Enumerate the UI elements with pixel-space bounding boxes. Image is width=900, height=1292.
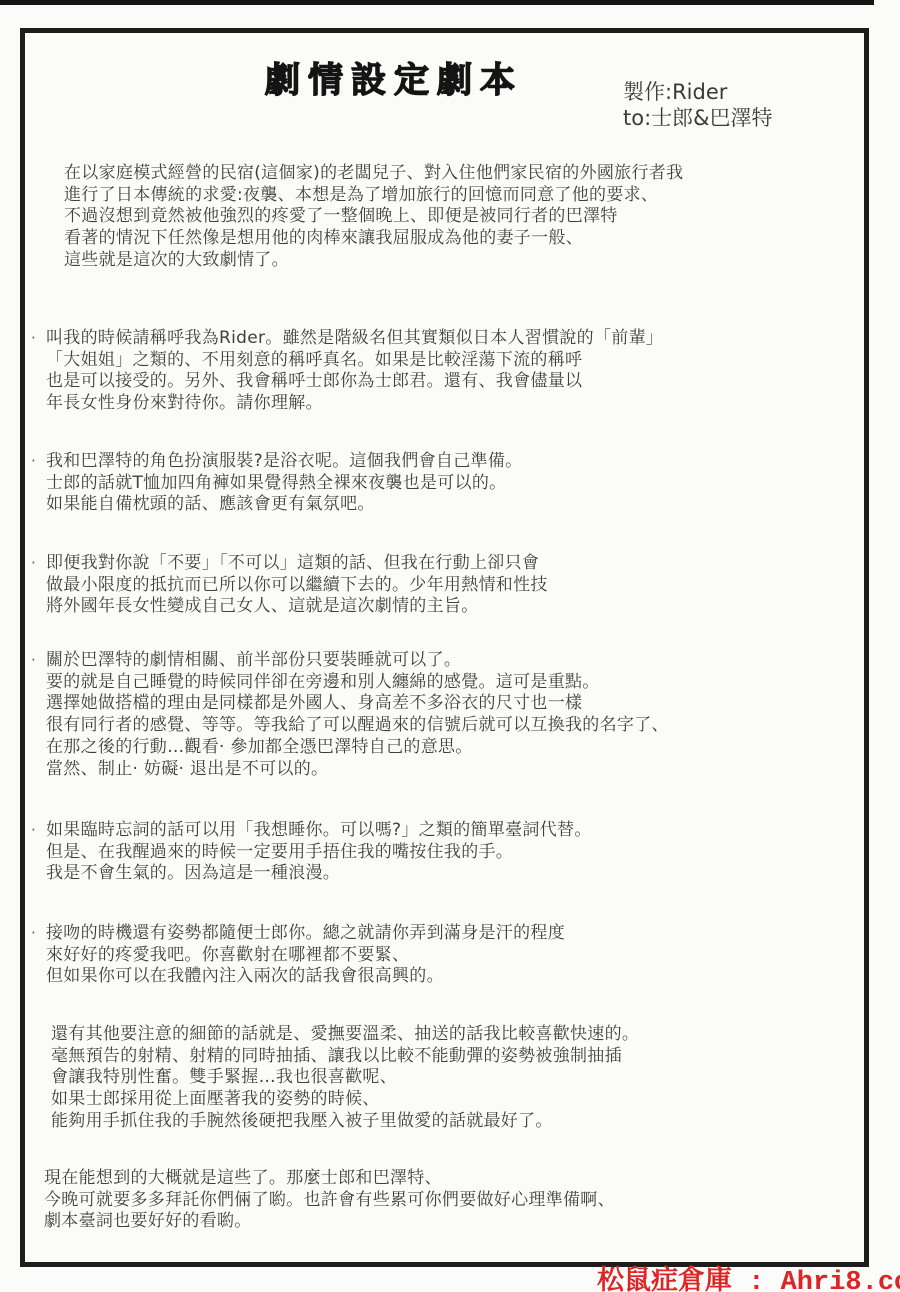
bullet-item-5: · 如果臨時忘詞的話可以用「我想睡你。可以嗎?」之類的簡單臺詞代替。 但是、在我…	[31, 820, 836, 885]
page-border-frame: 劇情設定劇本 製作:Rider to:士郎&巴澤特 在以家庭模式經營的民宿(這個…	[20, 28, 869, 1267]
bullet-item-4: · 關於巴澤特的劇情相關、前半部份只要裝睡就可以了。 要的就是自己睡覺的時候同伴…	[31, 650, 836, 780]
bullet-dot: ·	[31, 650, 46, 672]
credit-producer: 製作:Rider	[623, 79, 773, 105]
closing-paragraph-farewell: 現在能想到的大概就是這些了。那麼士郎和巴澤特、 今晚可就要多多拜託你們倆了喲。也…	[44, 1168, 844, 1233]
scan-edge-strip	[0, 0, 874, 5]
bullet-text: 我和巴澤特的角色扮演服裝?是浴衣呢。這個我們會自己準備。 士郎的話就T恤加四角褲…	[46, 451, 836, 516]
bullet-item-3: · 即便我對你說「不要」「不可以」這類的話、但我在行動上卻只會 做最小限度的抵抗…	[31, 553, 836, 618]
credits-block: 製作:Rider to:士郎&巴澤特	[623, 79, 773, 131]
bullet-item-2: · 我和巴澤特的角色扮演服裝?是浴衣呢。這個我們會自己準備。 士郎的話就T恤加四…	[31, 451, 836, 516]
bullet-dot: ·	[31, 328, 46, 350]
intro-paragraph: 在以家庭模式經營的民宿(這個家)的老闆兒子、對入住他們家民宿的外國旅行者我 進行…	[64, 163, 844, 272]
bullet-text: 如果臨時忘詞的話可以用「我想睡你。可以嗎?」之類的簡單臺詞代替。 但是、在我醒過…	[46, 820, 836, 885]
bullet-dot: ·	[31, 451, 46, 473]
bullet-item-1: · 叫我的時候請稱呼我為Rider。雖然是階級名但其實類似日本人習慣說的「前輩」…	[31, 328, 836, 415]
page-title: 劇情設定劇本	[265, 53, 523, 103]
bullet-item-6: · 接吻的時機還有姿勢都隨便士郎你。總之就請你弄到滿身是汗的程度 來好好的疼愛我…	[31, 923, 836, 988]
bullet-dot: ·	[31, 923, 46, 945]
bullet-text: 叫我的時候請稱呼我為Rider。雖然是階級名但其實類似日本人習慣說的「前輩」 「…	[46, 328, 836, 415]
bullet-text: 接吻的時機還有姿勢都隨便士郎你。總之就請你弄到滿身是汗的程度 來好好的疼愛我吧。…	[46, 923, 836, 988]
watermark-site-credit: 松鼠症倉庫 : Ahri8.com	[597, 1258, 900, 1292]
bullet-dot: ·	[31, 553, 46, 575]
credit-dedication: to:士郎&巴澤特	[623, 105, 773, 131]
bullet-text: 關於巴澤特的劇情相關、前半部份只要裝睡就可以了。 要的就是自己睡覺的時候同伴卻在…	[46, 650, 836, 780]
bullet-dot: ·	[31, 820, 46, 842]
bullet-text: 即便我對你說「不要」「不可以」這類的話、但我在行動上卻只會 做最小限度的抵抗而已…	[46, 553, 836, 618]
closing-paragraph-details: 還有其他要注意的細節的話就是、愛撫要溫柔、抽送的話我比較喜歡快速的。 毫無預告的…	[51, 1024, 851, 1133]
